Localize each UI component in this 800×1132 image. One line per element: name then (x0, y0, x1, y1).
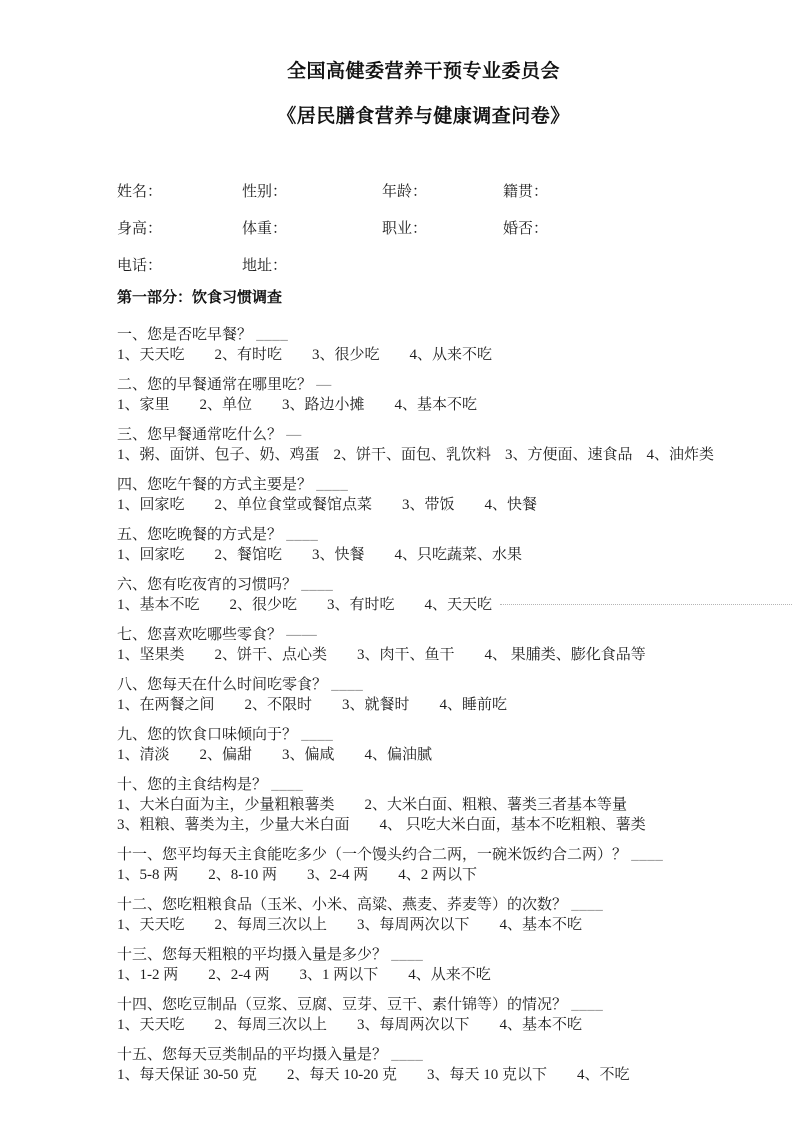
question-option: 2、很少吃 (230, 595, 298, 615)
question-prompt: 十三、您每天粗粮的平均摄入量是多少？ ____ (117, 945, 730, 965)
question-option: 2、2-4 两 (208, 965, 269, 985)
question-text: 十四、您吃豆制品（豆浆、豆腐、豆芽、豆干、素什锦等）的情况？ (117, 997, 567, 1013)
answer-blank: — (282, 427, 302, 443)
question-option: 3、每周两次以下 (357, 1015, 470, 1035)
question-option: 3、每天 10 克以下 (427, 1065, 547, 1085)
question-prompt: 十四、您吃豆制品（豆浆、豆腐、豆芽、豆干、素什锦等）的情况？ ____ (117, 995, 730, 1015)
option-row: 1、天天吃2、有时吃3、很少吃4、从来不吃 (117, 345, 730, 365)
answer-blank: ____ (387, 1047, 423, 1063)
question-option: 4、基本不吃 (500, 915, 583, 935)
question-option: 4、 果脯类、膨化食品等 (485, 645, 646, 665)
question-option: 1、回家吃 (117, 495, 185, 515)
answer-blank: ____ (297, 727, 333, 743)
question-option: 1、回家吃 (117, 545, 185, 565)
profile-field-label: 地址： (242, 258, 382, 274)
question-option: 2、餐馆吃 (215, 545, 283, 565)
question-prompt: 十二、您吃粗粮食品（玉米、小米、高粱、燕麦、荞麦等）的次数？ ____ (117, 895, 730, 915)
question-option: 1、天天吃 (117, 345, 185, 365)
questions-list: 一、您是否吃早餐？ ____1、天天吃2、有时吃3、很少吃4、从来不吃二、您的早… (117, 325, 730, 1085)
question-block: 一、您是否吃早餐？ ____1、天天吃2、有时吃3、很少吃4、从来不吃 (117, 325, 730, 365)
question-option: 3、粗粮、薯类为主，少量大米白面 (117, 815, 350, 835)
question-option: 1、1-2 两 (117, 965, 178, 985)
question-block: 八、您每天在什么时间吃零食？ ____1、在两餐之间2、不限时3、就餐时4、睡前… (117, 675, 730, 715)
answer-blank: ____ (387, 947, 423, 963)
section-heading: 第一部分：饮食习惯调查 (117, 290, 730, 306)
option-row: 1、在两餐之间2、不限时3、就餐时4、睡前吃 (117, 695, 730, 715)
question-block: 十二、您吃粗粮食品（玉米、小米、高粱、燕麦、荞麦等）的次数？ ____1、天天吃… (117, 895, 730, 935)
profile-field-label: 性别： (242, 184, 382, 200)
question-option: 4、快餐 (485, 495, 538, 515)
question-block: 十三、您每天粗粮的平均摄入量是多少？ ____1、1-2 两2、2-4 两3、1… (117, 945, 730, 985)
question-option: 1、清淡 (117, 745, 170, 765)
question-block: 十一、您平均每天主食能吃多少（一个馒头约合二两，一碗米饭约合二两）？ ____1… (117, 845, 730, 885)
option-row: 1、1-2 两2、2-4 两3、1 两以下4、从来不吃 (117, 965, 730, 985)
question-text: 四、您吃午餐的方式主要是？ (117, 477, 312, 493)
question-text: 十五、您每天豆类制品的平均摄入量是？ (117, 1047, 387, 1063)
question-text: 七、您喜欢吃哪些零食？ (117, 627, 282, 643)
question-option: 3、快餐 (312, 545, 365, 565)
question-prompt: 八、您每天在什么时间吃零食？ ____ (117, 675, 730, 695)
question-text: 十二、您吃粗粮食品（玉米、小米、高粱、燕麦、荞麦等）的次数？ (117, 897, 567, 913)
question-option: 2、8-10 两 (208, 865, 277, 885)
answer-blank: ____ (627, 847, 663, 863)
profile-row: 电话：地址： (117, 258, 730, 274)
question-prompt: 四、您吃午餐的方式主要是？ ____ (117, 475, 730, 495)
option-row: 1、回家吃2、餐馆吃3、快餐4、只吃蔬菜、水果 (117, 545, 730, 565)
question-text: 六、您有吃夜宵的习惯吗？ (117, 577, 297, 593)
question-prompt: 十一、您平均每天主食能吃多少（一个馒头约合二两，一碗米饭约合二两）？ ____ (117, 845, 730, 865)
question-block: 四、您吃午餐的方式主要是？ ____1、回家吃2、单位食堂或餐馆点菜3、带饭4、… (117, 475, 730, 515)
question-option: 3、肉干、鱼干 (357, 645, 455, 665)
question-option: 4、天天吃 (425, 595, 493, 615)
question-option: 4、从来不吃 (410, 345, 493, 365)
option-row: 1、清淡2、偏甜3、偏咸4、偏油腻 (117, 745, 730, 765)
question-option: 2、饼干、点心类 (215, 645, 328, 665)
question-option: 1、5-8 两 (117, 865, 178, 885)
answer-blank: ____ (312, 477, 348, 493)
question-block: 六、您有吃夜宵的习惯吗？ ____1、基本不吃2、很少吃3、有时吃4、天天吃 (117, 575, 730, 615)
question-option: 2、单位食堂或餐馆点菜 (215, 495, 373, 515)
question-option: 3、方便面、速食品 (505, 445, 633, 465)
question-option: 1、天天吃 (117, 915, 185, 935)
question-prompt: 六、您有吃夜宵的习惯吗？ ____ (117, 575, 730, 595)
question-block: 九、您的饮食口味倾向于？ ____1、清淡2、偏甜3、偏咸4、偏油腻 (117, 725, 730, 765)
profile-field-label: 身高： (117, 221, 242, 237)
question-prompt: 五、您吃晚餐的方式是？ ____ (117, 525, 730, 545)
question-option: 4、2 两以下 (398, 865, 477, 885)
profile-field-label: 籍贯： (503, 184, 730, 200)
answer-blank: ____ (267, 777, 303, 793)
option-row: 1、基本不吃2、很少吃3、有时吃4、天天吃 (117, 595, 730, 615)
question-text: 八、您每天在什么时间吃零食？ (117, 677, 327, 693)
profile-field-label: 体重： (242, 221, 382, 237)
question-text: 一、您是否吃早餐？ (117, 327, 252, 343)
question-option: 4、偏油腻 (365, 745, 433, 765)
question-option: 4、基本不吃 (500, 1015, 583, 1035)
answer-blank: ____ (327, 677, 363, 693)
question-option: 2、不限时 (245, 695, 313, 715)
question-option: 1、粥、面饼、包子、奶、鸡蛋 (117, 445, 320, 465)
question-prompt: 九、您的饮食口味倾向于？ ____ (117, 725, 730, 745)
question-option: 2、有时吃 (215, 345, 283, 365)
document-content: 全国高健委营养干预专业委员会 《居民膳食营养与健康调查问卷》 姓名：性别：年龄：… (0, 0, 800, 1085)
question-text: 十三、您每天粗粮的平均摄入量是多少？ (117, 947, 387, 963)
profile-field-label: 年龄： (382, 184, 503, 200)
doc-subtitle: 《居民膳食营养与健康调查问卷》 (117, 106, 730, 127)
question-option: 2、偏甜 (200, 745, 253, 765)
question-option: 4、只吃蔬菜、水果 (395, 545, 523, 565)
option-row: 1、家里2、单位3、路边小摊4、基本不吃 (117, 395, 730, 415)
question-option: 3、每周两次以下 (357, 915, 470, 935)
question-prompt: 三、您早餐通常吃什么？ — (117, 425, 730, 445)
question-prompt: 一、您是否吃早餐？ ____ (117, 325, 730, 345)
option-row: 1、大米白面为主，少量粗粮薯类2、大米白面、粗粮、薯类三者基本等量 (117, 795, 730, 815)
question-block: 十四、您吃豆制品（豆浆、豆腐、豆芽、豆干、素什锦等）的情况？ ____1、天天吃… (117, 995, 730, 1035)
answer-blank: — (312, 377, 332, 393)
question-option: 2、每周三次以上 (215, 1015, 328, 1035)
question-option: 3、2-4 两 (307, 865, 368, 885)
question-option: 4、 只吃大米白面，基本不吃粗粮、薯类 (380, 815, 646, 835)
profile-fields: 姓名：性别：年龄：籍贯：身高：体重：职业：婚否：电话：地址： (117, 184, 730, 274)
answer-blank: ____ (282, 527, 318, 543)
profile-field-label: 婚否： (503, 221, 730, 237)
question-option: 1、基本不吃 (117, 595, 200, 615)
profile-field-label: 姓名： (117, 184, 242, 200)
question-option: 1、每天保证 30-50 克 (117, 1065, 257, 1085)
answer-blank: ____ (567, 997, 603, 1013)
question-option: 4、睡前吃 (440, 695, 508, 715)
question-option: 2、每天 10-20 克 (287, 1065, 397, 1085)
question-option: 1、坚果类 (117, 645, 185, 665)
option-row: 1、每天保证 30-50 克2、每天 10-20 克3、每天 10 克以下4、不… (117, 1065, 730, 1085)
question-text: 三、您早餐通常吃什么？ (117, 427, 282, 443)
question-option: 2、每周三次以上 (215, 915, 328, 935)
question-option: 4、从来不吃 (408, 965, 491, 985)
question-text: 九、您的饮食口味倾向于？ (117, 727, 297, 743)
question-prompt: 十、您的主食结构是？ ____ (117, 775, 730, 795)
option-row: 1、粥、面饼、包子、奶、鸡蛋2、饼干、面包、乳饮料3、方便面、速食品4、油炸类 (117, 445, 730, 465)
question-option: 3、就餐时 (342, 695, 410, 715)
question-prompt: 二、您的早餐通常在哪里吃？ — (117, 375, 730, 395)
question-option: 1、家里 (117, 395, 170, 415)
question-option: 2、单位 (200, 395, 253, 415)
answer-blank: ____ (297, 577, 333, 593)
question-option: 1、大米白面为主，少量粗粮薯类 (117, 795, 335, 815)
question-block: 七、您喜欢吃哪些零食？ ——1、坚果类2、饼干、点心类3、肉干、鱼干4、 果脯类… (117, 625, 730, 665)
question-option: 3、路边小摊 (282, 395, 365, 415)
question-option: 4、不吃 (577, 1065, 630, 1085)
question-option: 1、天天吃 (117, 1015, 185, 1035)
question-text: 十一、您平均每天主食能吃多少（一个馒头约合二两，一碗米饭约合二两）？ (117, 847, 627, 863)
question-text: 五、您吃晚餐的方式是？ (117, 527, 282, 543)
option-row: 3、粗粮、薯类为主，少量大米白面4、 只吃大米白面，基本不吃粗粮、薯类 (117, 815, 730, 835)
option-row: 1、坚果类2、饼干、点心类3、肉干、鱼干4、 果脯类、膨化食品等 (117, 645, 730, 665)
question-option: 3、偏咸 (282, 745, 335, 765)
option-row: 1、回家吃2、单位食堂或餐馆点菜3、带饭4、快餐 (117, 495, 730, 515)
question-option: 4、油炸类 (647, 445, 715, 465)
answer-blank: —— (282, 627, 317, 643)
question-option: 3、带饭 (402, 495, 455, 515)
question-block: 五、您吃晚餐的方式是？ ____1、回家吃2、餐馆吃3、快餐4、只吃蔬菜、水果 (117, 525, 730, 565)
profile-row: 身高：体重：职业：婚否： (117, 221, 730, 237)
question-prompt: 七、您喜欢吃哪些零食？ —— (117, 625, 730, 645)
document-page: 全国高健委营养干预专业委员会 《居民膳食营养与健康调查问卷》 姓名：性别：年龄：… (0, 0, 800, 1132)
option-row: 1、天天吃2、每周三次以上3、每周两次以下4、基本不吃 (117, 915, 730, 935)
question-block: 十五、您每天豆类制品的平均摄入量是？ ____1、每天保证 30-50 克2、每… (117, 1045, 730, 1085)
question-option: 3、有时吃 (327, 595, 395, 615)
option-row: 1、天天吃2、每周三次以上3、每周两次以下4、基本不吃 (117, 1015, 730, 1035)
question-prompt: 十五、您每天豆类制品的平均摄入量是？ ____ (117, 1045, 730, 1065)
profile-field-label: 电话： (117, 258, 242, 274)
question-block: 三、您早餐通常吃什么？ —1、粥、面饼、包子、奶、鸡蛋2、饼干、面包、乳饮料3、… (117, 425, 730, 465)
question-text: 二、您的早餐通常在哪里吃？ (117, 377, 312, 393)
profile-field-label: 职业： (382, 221, 503, 237)
question-option: 2、饼干、面包、乳饮料 (334, 445, 492, 465)
question-option: 2、大米白面、粗粮、薯类三者基本等量 (365, 795, 628, 815)
option-row: 1、5-8 两2、8-10 两3、2-4 两4、2 两以下 (117, 865, 730, 885)
question-option: 3、1 两以下 (300, 965, 379, 985)
question-text: 十、您的主食结构是？ (117, 777, 267, 793)
dotted-line (500, 604, 792, 605)
answer-blank: ____ (567, 897, 603, 913)
answer-blank: ____ (252, 327, 288, 343)
doc-title: 全国高健委营养干预专业委员会 (117, 61, 730, 82)
question-option: 4、基本不吃 (395, 395, 478, 415)
question-option: 1、在两餐之间 (117, 695, 215, 715)
profile-row: 姓名：性别：年龄：籍贯： (117, 184, 730, 200)
question-block: 十、您的主食结构是？ ____1、大米白面为主，少量粗粮薯类2、大米白面、粗粮、… (117, 775, 730, 835)
question-option: 3、很少吃 (312, 345, 380, 365)
question-block: 二、您的早餐通常在哪里吃？ —1、家里2、单位3、路边小摊4、基本不吃 (117, 375, 730, 415)
